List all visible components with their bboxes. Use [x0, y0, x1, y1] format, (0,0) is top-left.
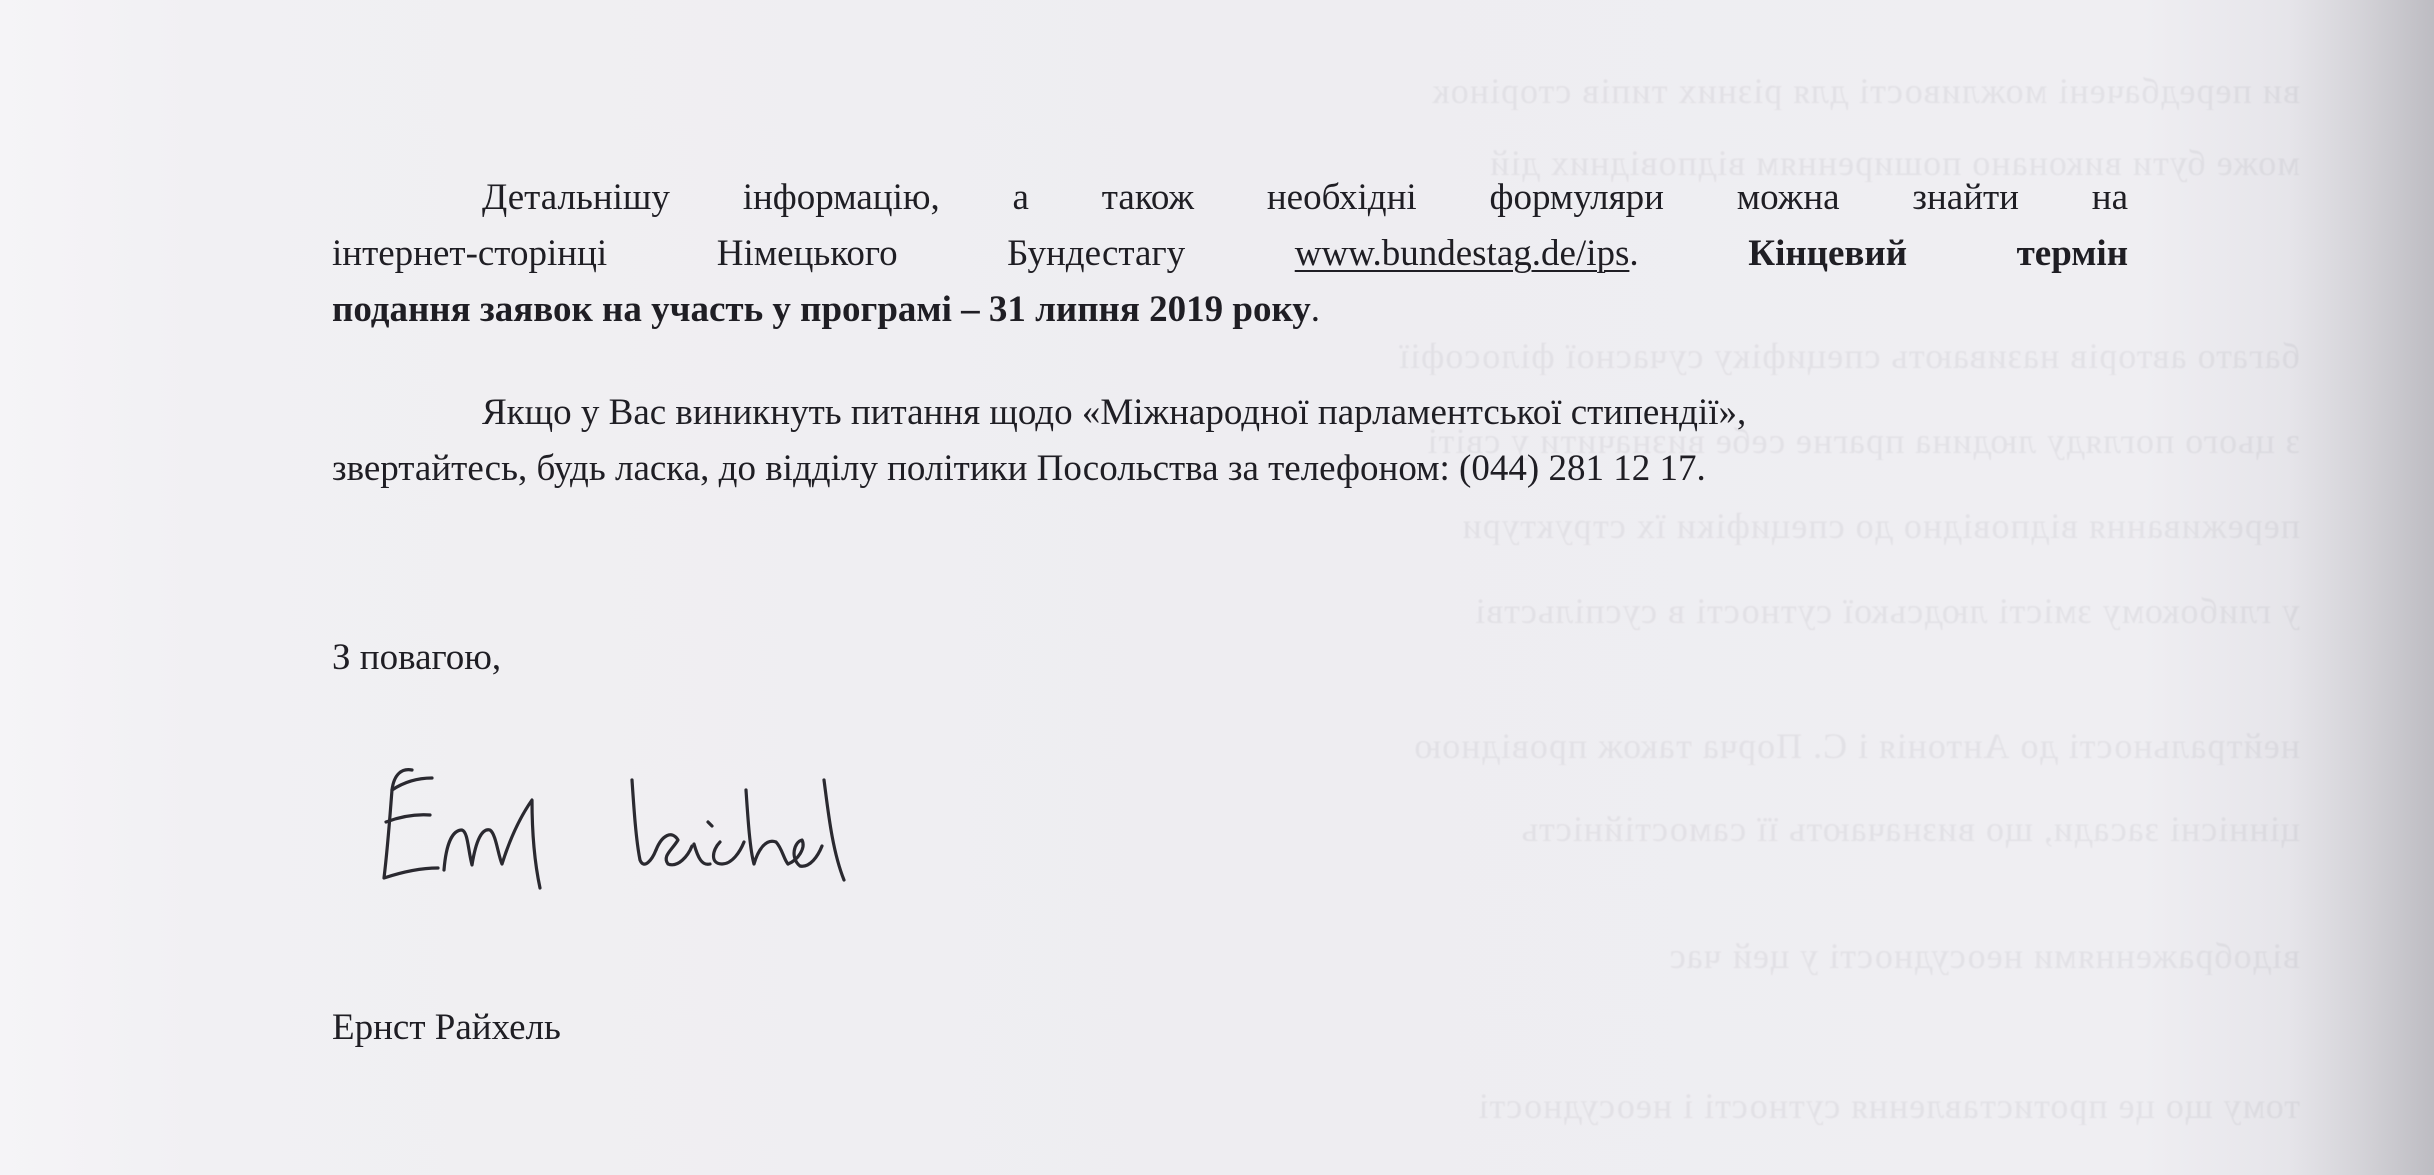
signer-name: Ернст Райхель	[332, 1000, 561, 1056]
bleed-through-line: переживання відповідно до специфіки їх с…	[0, 505, 2300, 545]
signature-image	[372, 760, 1092, 900]
paragraph-line: Детальнішу інформацію, а також необхідні…	[332, 170, 2128, 226]
bleed-through-line: тому що це протиставлення сутності і нео…	[0, 1085, 2300, 1125]
paragraph-line: інтернет-сторінці Німецького Бундестагу …	[332, 226, 2128, 282]
paragraph-line: звертайтесь, будь ласка, до відділу полі…	[332, 441, 2128, 497]
bleed-through-line: ціннісні засади, що визначають її самост…	[0, 808, 2300, 848]
bundestag-link[interactable]: www.bundestag.de/ips	[1295, 233, 1630, 274]
paragraph-contact: Якщо у Вас виникнуть питання щодо «Міжна…	[332, 385, 2128, 497]
closing-salutation: З повагою,	[332, 630, 501, 686]
bleed-through-line: ви передбачені можливості для різних тип…	[0, 70, 2300, 110]
bleed-through-line: багато авторів називають специфіку сучас…	[0, 335, 2300, 375]
paragraph-line: подання заявок на участь у програмі – 31…	[332, 282, 2128, 338]
bleed-through-line: у глибокому змісті людської сутності в с…	[0, 590, 2300, 630]
paragraph-line: Якщо у Вас виникнуть питання щодо «Міжна…	[332, 385, 2128, 441]
deadline-label: Кінцевий термін	[1748, 233, 2128, 274]
paragraph-info: Детальнішу інформацію, а також необхідні…	[332, 170, 2128, 338]
bleed-through-line: відображеннями неосудності у цей час	[0, 935, 2300, 975]
bleed-through-line: нейтральності до Антонія і С. Порча тако…	[0, 725, 2300, 765]
deadline-text: подання заявок на участь у програмі – 31…	[332, 289, 1311, 330]
